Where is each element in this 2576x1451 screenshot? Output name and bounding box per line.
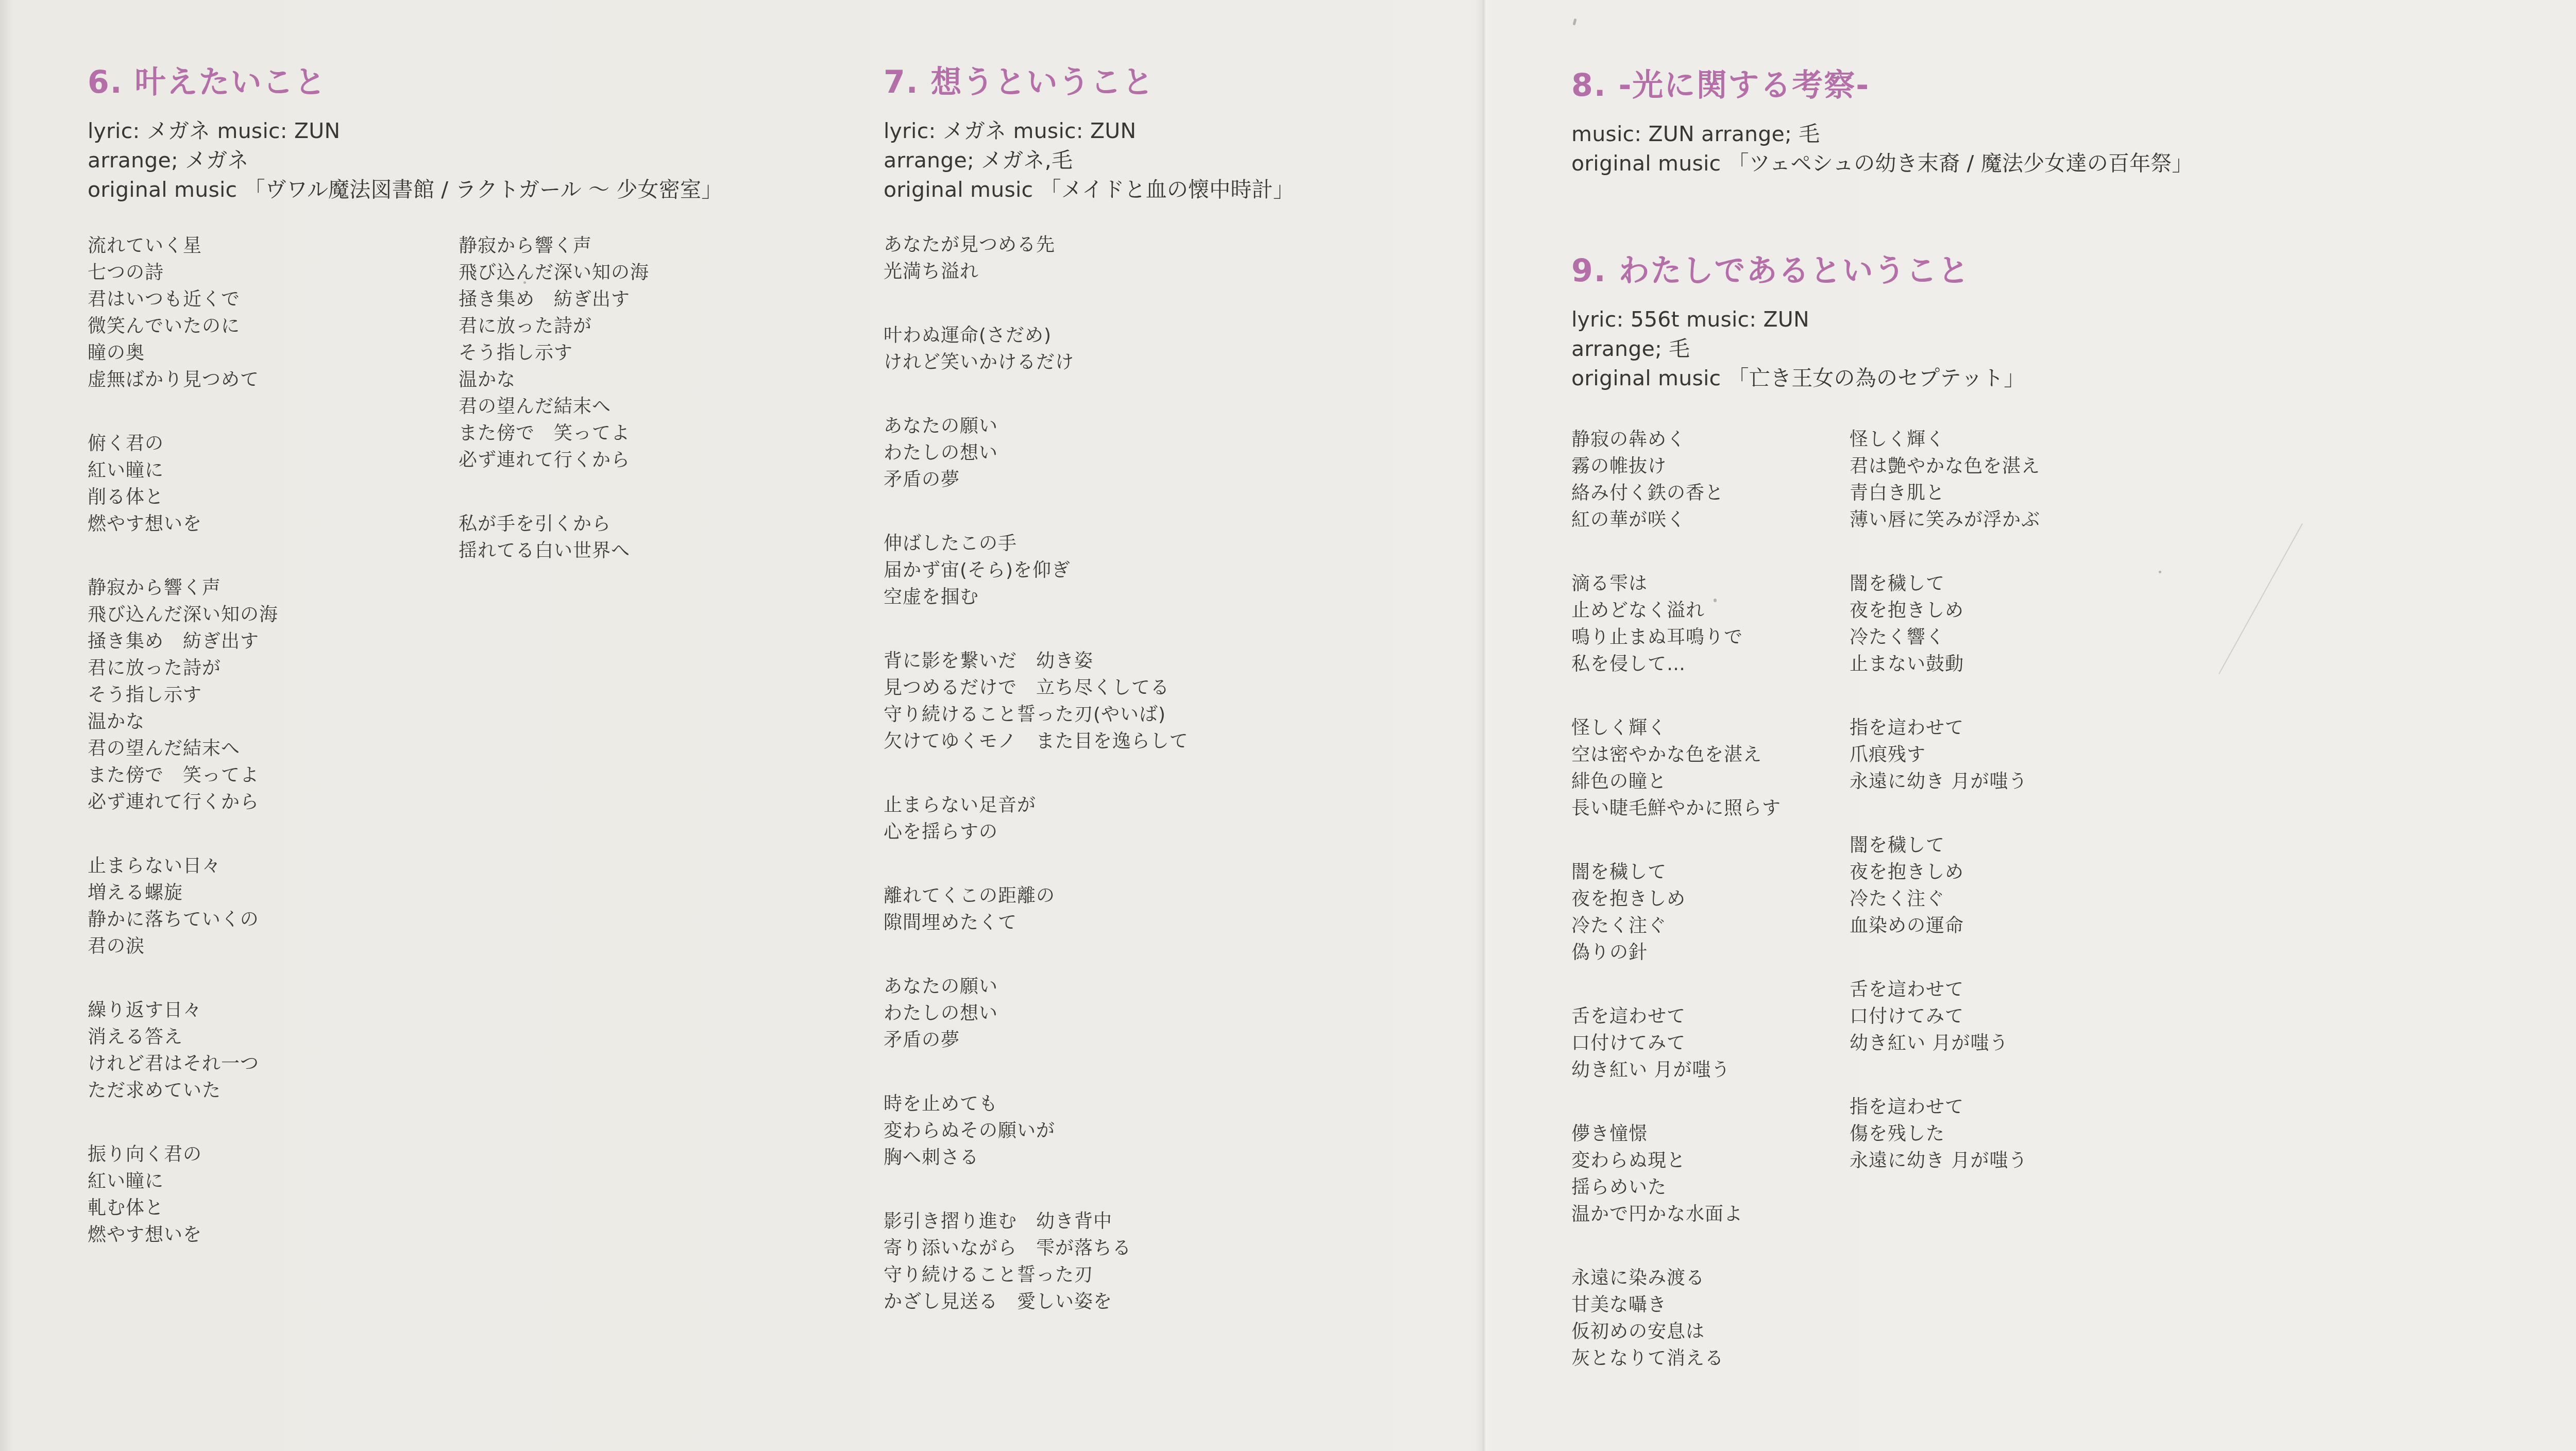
lyric-stanza: 怪しく輝く空は密やかな色を湛え緋色の瞳と長い睫毛鮮やかに照らす bbox=[1571, 715, 1781, 822]
lyric-stanza: 滴る雫は止めどなく溢れ鳴り止まぬ耳鳴りで私を侵して… bbox=[1571, 571, 1781, 678]
lyric-line: 紅の華が咲く bbox=[1571, 507, 1781, 534]
song-credits-line: arrange; メガネ,毛 bbox=[884, 146, 1294, 175]
lyric-line: 燃やす想いを bbox=[88, 1222, 278, 1249]
lyric-line: 冷たく注ぐ bbox=[1850, 886, 2040, 913]
lyric-line: 緋色の瞳と bbox=[1571, 769, 1781, 795]
page-left-edge bbox=[0, 0, 13, 1451]
lyric-stanza: 永遠に染み渡る甘美な囁き仮初めの安息は灰となりて消える bbox=[1571, 1265, 1781, 1372]
lyric-stanza: 時を止めても変わらぬその願いが胸へ刺さる bbox=[884, 1091, 1189, 1171]
lyric-line: 時を止めても bbox=[884, 1091, 1189, 1118]
lyric-line: 流れていく星 bbox=[88, 233, 278, 260]
lyric-line: 偽りの針 bbox=[1571, 940, 1781, 966]
song-credits-line: original music 「メイドと血の懐中時計」 bbox=[884, 175, 1294, 204]
lyric-line: 変わらぬ現と bbox=[1571, 1148, 1781, 1174]
lyric-line: 血染めの運命 bbox=[1850, 913, 2040, 940]
song-9-lyrics-column-2: 怪しく輝く君は艶やかな色を湛え青白き肌と薄い唇に笑みが浮かぶ闇を穢して夜を抱きし… bbox=[1850, 426, 2040, 1211]
lyric-stanza: 怪しく輝く君は艶やかな色を湛え青白き肌と薄い唇に笑みが浮かぶ bbox=[1850, 426, 2040, 534]
lyric-line: 空虚を掴む bbox=[884, 584, 1189, 611]
lyric-line: 私が手を引くから bbox=[459, 511, 649, 538]
lyric-line: 止まらない足音が bbox=[884, 792, 1189, 819]
lyric-stanza: 背に影を繋いだ 幼き姿見つめるだけで 立ち尽くしてる守り続けること誓った刃(やい… bbox=[884, 648, 1189, 755]
lyric-stanza: 指を這わせて傷を残した永遠に幼き 月が嗤う bbox=[1850, 1094, 2040, 1174]
lyric-stanza: 俯く君の紅い瞳に削る体と燃やす想いを bbox=[88, 431, 278, 538]
lyric-line: 紅い瞳に bbox=[88, 1168, 278, 1195]
song-6-lyrics-column-1: 流れていく星七つの詩君はいつも近くで微笑んでいたのに瞳の奥虚無ばかり見つめて俯く… bbox=[88, 233, 278, 1286]
lyric-line: 夜を抱きしめ bbox=[1850, 598, 2040, 624]
lyric-line: けれど君はそれ一つ bbox=[88, 1051, 278, 1078]
lyric-line: 怪しく輝く bbox=[1850, 426, 2040, 453]
song-credits-line: lyric: メガネ music: ZUN bbox=[884, 116, 1294, 146]
lyric-line: 闇を穢して bbox=[1850, 571, 2040, 598]
lyric-line: 甘美な囁き bbox=[1571, 1292, 1781, 1319]
lyric-line: 仮初めの安息は bbox=[1571, 1319, 1781, 1345]
lyric-line: 冷たく響く bbox=[1850, 624, 2040, 651]
lyric-line: 温かな bbox=[88, 709, 278, 736]
lyric-line: 夜を抱きしめ bbox=[1571, 886, 1781, 913]
lyric-line: 君に放った詩が bbox=[459, 313, 649, 340]
song-7-header: 7. 想うということ lyric: メガネ music: ZUN arrange… bbox=[884, 58, 1294, 204]
lyric-line: 君はいつも近くで bbox=[88, 286, 278, 313]
lyric-line: 指を這わせて bbox=[1850, 715, 2040, 742]
lyric-line: 鳴り止まぬ耳鳴りで bbox=[1571, 624, 1781, 651]
lyric-line: 背に影を繋いだ 幼き姿 bbox=[884, 648, 1189, 675]
lyric-line: わたしの想い bbox=[884, 440, 1189, 467]
song-credits-line: lyric: 556t music: ZUN bbox=[1571, 305, 2025, 334]
lyric-line: 君の望んだ結末へ bbox=[88, 736, 278, 762]
lyric-line: 君の涙 bbox=[88, 933, 278, 960]
lyric-line: 温かな bbox=[459, 367, 649, 394]
lyric-line: あなたが見つめる先 bbox=[884, 232, 1189, 259]
song-9-header: 9. わたしであるということ lyric: 556t music: ZUN ar… bbox=[1571, 246, 2025, 393]
lyric-line: 舌を這わせて bbox=[1850, 977, 2040, 1003]
scan-speck bbox=[1573, 19, 1577, 26]
lyric-line: 静寂の犇めく bbox=[1571, 426, 1781, 453]
lyric-stanza: 静寂から響く声飛び込んだ深い知の海掻き集め 紡ぎ出す君に放った詩がそう指し示す温… bbox=[459, 233, 649, 474]
lyric-line: わたしの想い bbox=[884, 1000, 1189, 1027]
lyric-line: 虚無ばかり見つめて bbox=[88, 367, 278, 394]
lyric-line: 繰り返す日々 bbox=[88, 997, 278, 1024]
booklet-page: 6. 叶えたいこと lyric: メガネ music: ZUN arrange;… bbox=[0, 0, 2576, 1451]
lyric-stanza: 離れてくこの距離の隙間埋めたくて bbox=[884, 883, 1189, 936]
song-credits-line: arrange; 毛 bbox=[1571, 334, 2025, 364]
lyric-stanza: 私が手を引くから揺れてる白い世界へ bbox=[459, 511, 649, 565]
lyric-line: 指を這わせて bbox=[1850, 1094, 2040, 1121]
lyric-line: 矛盾の夢 bbox=[884, 467, 1189, 493]
lyric-line: 矛盾の夢 bbox=[884, 1027, 1189, 1054]
lyric-line: 幼き紅い 月が嗤う bbox=[1571, 1057, 1781, 1084]
lyric-line: 届かず宙(そら)を仰ぎ bbox=[884, 557, 1189, 584]
lyric-line: 微笑んでいたのに bbox=[88, 313, 278, 340]
lyric-line: 君は艶やかな色を湛え bbox=[1850, 453, 2040, 480]
lyric-line: 幼き紅い 月が嗤う bbox=[1850, 1030, 2040, 1057]
lyric-stanza: 影引き摺り進む 幼き背中寄り添いながら 雫が落ちる守り続けること誓った刃かざし見… bbox=[884, 1208, 1189, 1316]
lyric-stanza: 舌を這わせて口付けてみて幼き紅い 月が嗤う bbox=[1571, 1003, 1781, 1084]
lyric-line: 掻き集め 紡ぎ出す bbox=[459, 286, 649, 313]
song-title: 7. 想うということ bbox=[884, 58, 1294, 102]
lyric-line: 長い睫毛鮮やかに照らす bbox=[1571, 795, 1781, 822]
lyric-stanza: 振り向く君の紅い瞳に軋む体と燃やす想いを bbox=[88, 1141, 278, 1249]
lyric-stanza: あなたが見つめる先光満ち溢れ bbox=[884, 232, 1189, 285]
lyric-line: けれど笑いかけるだけ bbox=[884, 349, 1189, 376]
lyric-line: 欠けてゆくモノ また目を逸らして bbox=[884, 728, 1189, 755]
lyric-line: 離れてくこの距離の bbox=[884, 883, 1189, 910]
lyric-line: 飛び込んだ深い知の海 bbox=[88, 602, 278, 628]
lyric-line: 止まらない日々 bbox=[88, 853, 278, 880]
lyric-line: 静寂から響く声 bbox=[459, 233, 649, 260]
lyric-line: 止めどなく溢れ bbox=[1571, 598, 1781, 624]
lyric-stanza: 闇を穢して夜を抱きしめ冷たく注ぐ偽りの針 bbox=[1571, 859, 1781, 966]
lyric-stanza: 儚き憧憬変わらぬ現と揺らめいた温かで円かな水面よ bbox=[1571, 1121, 1781, 1228]
lyric-stanza: 止まらない足音が心を揺らすの bbox=[884, 792, 1189, 846]
lyric-line: 儚き憧憬 bbox=[1571, 1121, 1781, 1148]
lyric-line: ただ求めていた bbox=[88, 1078, 278, 1104]
lyric-stanza: 舌を這わせて口付けてみて幼き紅い 月が嗤う bbox=[1850, 977, 2040, 1057]
lyric-line: 掻き集め 紡ぎ出す bbox=[88, 628, 278, 655]
song-6-lyrics-column-2: 静寂から響く声飛び込んだ深い知の海掻き集め 紡ぎ出す君に放った詩がそう指し示す温… bbox=[459, 233, 649, 602]
lyric-line: 俯く君の bbox=[88, 431, 278, 457]
lyric-line: 口付けてみて bbox=[1571, 1030, 1781, 1057]
lyric-line: 君の望んだ結末へ bbox=[459, 394, 649, 420]
lyric-line: 霧の帷抜け bbox=[1571, 453, 1781, 480]
lyric-line: 口付けてみて bbox=[1850, 1003, 2040, 1030]
lyric-line: 見つめるだけで 立ち尽くしてる bbox=[884, 675, 1189, 702]
lyric-line: 空は密やかな色を湛え bbox=[1571, 742, 1781, 769]
fold-crease bbox=[1475, 0, 1492, 1451]
lyric-line: 守り続けること誓った刃(やいば) bbox=[884, 702, 1189, 728]
lyric-stanza: 繰り返す日々消える答えけれど君はそれ一つただ求めていた bbox=[88, 997, 278, 1104]
lyric-stanza: 闇を穢して夜を抱きしめ冷たく注ぐ血染めの運命 bbox=[1850, 832, 2040, 940]
song-title: 6. 叶えたいこと bbox=[88, 58, 722, 102]
lyric-line: 七つの詩 bbox=[88, 260, 278, 286]
lyric-line: そう指し示す bbox=[459, 340, 649, 367]
lyric-line: 胸へ刺さる bbox=[884, 1145, 1189, 1171]
lyric-line: 永遠に幼き 月が嗤う bbox=[1850, 769, 2040, 795]
lyric-line: 燃やす想いを bbox=[88, 511, 278, 538]
lyric-stanza: 伸ばしたこの手届かず宙(そら)を仰ぎ空虚を掴む bbox=[884, 531, 1189, 611]
song-credits-line: original music 「ツェペシュの幼き末裔 / 魔法少女達の百年祭」 bbox=[1571, 149, 2193, 178]
song-credits-line: original music 「ヴワル魔法図書館 / ラクトガール ～ 少女密室… bbox=[88, 175, 722, 204]
lyric-line: 心を揺らすの bbox=[884, 819, 1189, 846]
lyric-line: 止まない鼓動 bbox=[1850, 651, 2040, 678]
lyric-line: 瞳の奥 bbox=[88, 340, 278, 367]
lyric-line: 増える螺旋 bbox=[88, 880, 278, 907]
scan-speck bbox=[2159, 571, 2161, 573]
song-title: 8. -光に関する考察- bbox=[1571, 61, 2193, 105]
lyric-line: 闇を穢して bbox=[1850, 832, 2040, 859]
lyric-stanza: 指を這わせて爪痕残す永遠に幼き 月が嗤う bbox=[1850, 715, 2040, 795]
song-6-header: 6. 叶えたいこと lyric: メガネ music: ZUN arrange;… bbox=[88, 58, 722, 204]
lyric-line: 怪しく輝く bbox=[1571, 715, 1781, 742]
lyric-line: 舌を這わせて bbox=[1571, 1003, 1781, 1030]
lyric-line: 闇を穢して bbox=[1571, 859, 1781, 886]
song-credits-line: arrange; メガネ bbox=[88, 146, 722, 175]
lyric-line: 紅い瞳に bbox=[88, 457, 278, 484]
lyric-line: 飛び込んだ深い知の海 bbox=[459, 260, 649, 286]
lyric-line: 消える答え bbox=[88, 1024, 278, 1051]
lyric-line: 隙間埋めたくて bbox=[884, 910, 1189, 936]
lyric-line: 傷を残した bbox=[1850, 1121, 2040, 1148]
lyric-line: 揺れてる白い世界へ bbox=[459, 538, 649, 565]
scan-scratch bbox=[2218, 523, 2303, 674]
lyric-line: 青白き肌と bbox=[1850, 480, 2040, 507]
lyric-line: 軋む体と bbox=[88, 1195, 278, 1222]
song-credits-line: music: ZUN arrange; 毛 bbox=[1571, 120, 2193, 149]
lyric-line: 君に放った詩が bbox=[88, 655, 278, 682]
lyric-stanza: 叶わぬ運命(さだめ)けれど笑いかけるだけ bbox=[884, 322, 1189, 376]
lyric-line: 永遠に幼き 月が嗤う bbox=[1850, 1148, 2040, 1174]
lyric-line: 温かで円かな水面よ bbox=[1571, 1201, 1781, 1228]
lyric-line: 静かに落ちていくの bbox=[88, 907, 278, 933]
lyric-line: 静寂から響く声 bbox=[88, 575, 278, 602]
song-title: 9. わたしであるということ bbox=[1571, 246, 2025, 291]
lyric-line: 守り続けること誓った刃 bbox=[884, 1262, 1189, 1289]
lyric-stanza: 止まらない日々増える螺旋静かに落ちていくの君の涙 bbox=[88, 853, 278, 960]
lyric-line: また傍で 笑ってよ bbox=[88, 762, 278, 789]
lyric-line: 影引き摺り進む 幼き背中 bbox=[884, 1208, 1189, 1235]
song-credits-line: original music 「亡き王女の為のセプテット」 bbox=[1571, 364, 2025, 393]
song-7-lyrics-column: あなたが見つめる先光満ち溢れ叶わぬ運命(さだめ)けれど笑いかけるだけあなたの願い… bbox=[884, 232, 1189, 1353]
lyric-line: 変わらぬその願いが bbox=[884, 1118, 1189, 1145]
lyric-line: 爪痕残す bbox=[1850, 742, 2040, 769]
song-8-header: 8. -光に関する考察- music: ZUN arrange; 毛 origi… bbox=[1571, 61, 2193, 178]
lyric-line: 伸ばしたこの手 bbox=[884, 531, 1189, 557]
lyric-line: 振り向く君の bbox=[88, 1141, 278, 1168]
lyric-line: 寄り添いながら 雫が落ちる bbox=[884, 1235, 1189, 1262]
lyric-line: あなたの願い bbox=[884, 974, 1189, 1000]
lyric-line: 揺らめいた bbox=[1571, 1174, 1781, 1201]
lyric-line: 光満ち溢れ bbox=[884, 259, 1189, 285]
lyric-stanza: 流れていく星七つの詩君はいつも近くで微笑んでいたのに瞳の奥虚無ばかり見つめて bbox=[88, 233, 278, 394]
lyric-stanza: 静寂の犇めく霧の帷抜け絡み付く鉄の香と紅の華が咲く bbox=[1571, 426, 1781, 534]
lyric-line: 灰となりて消える bbox=[1571, 1345, 1781, 1372]
lyric-stanza: 静寂から響く声飛び込んだ深い知の海掻き集め 紡ぎ出す君に放った詩がそう指し示す温… bbox=[88, 575, 278, 816]
song-credits-line: lyric: メガネ music: ZUN bbox=[88, 116, 722, 146]
lyric-line: 薄い唇に笑みが浮かぶ bbox=[1850, 507, 2040, 534]
lyric-line: 絡み付く鉄の香と bbox=[1571, 480, 1781, 507]
lyric-line: 冷たく注ぐ bbox=[1571, 913, 1781, 940]
lyric-stanza: あなたの願いわたしの想い矛盾の夢 bbox=[884, 413, 1189, 493]
song-9-lyrics-column-1: 静寂の犇めく霧の帷抜け絡み付く鉄の香と紅の華が咲く滴る雫は止めどなく溢れ鳴り止ま… bbox=[1571, 426, 1781, 1409]
lyric-line: また傍で 笑ってよ bbox=[459, 420, 649, 447]
lyric-line: そう指し示す bbox=[88, 682, 278, 709]
lyric-line: 叶わぬ運命(さだめ) bbox=[884, 322, 1189, 349]
lyric-line: あなたの願い bbox=[884, 413, 1189, 440]
lyric-line: 私を侵して… bbox=[1571, 651, 1781, 678]
lyric-line: 削る体と bbox=[88, 484, 278, 511]
lyric-line: 夜を抱きしめ bbox=[1850, 859, 2040, 886]
lyric-line: 必ず連れて行くから bbox=[459, 447, 649, 474]
lyric-line: 永遠に染み渡る bbox=[1571, 1265, 1781, 1292]
lyric-stanza: 闇を穢して夜を抱きしめ冷たく響く止まない鼓動 bbox=[1850, 571, 2040, 678]
lyric-line: 滴る雫は bbox=[1571, 571, 1781, 598]
lyric-line: かざし見送る 愛しい姿を bbox=[884, 1289, 1189, 1316]
lyric-stanza: あなたの願いわたしの想い矛盾の夢 bbox=[884, 974, 1189, 1054]
lyric-line: 必ず連れて行くから bbox=[88, 789, 278, 816]
